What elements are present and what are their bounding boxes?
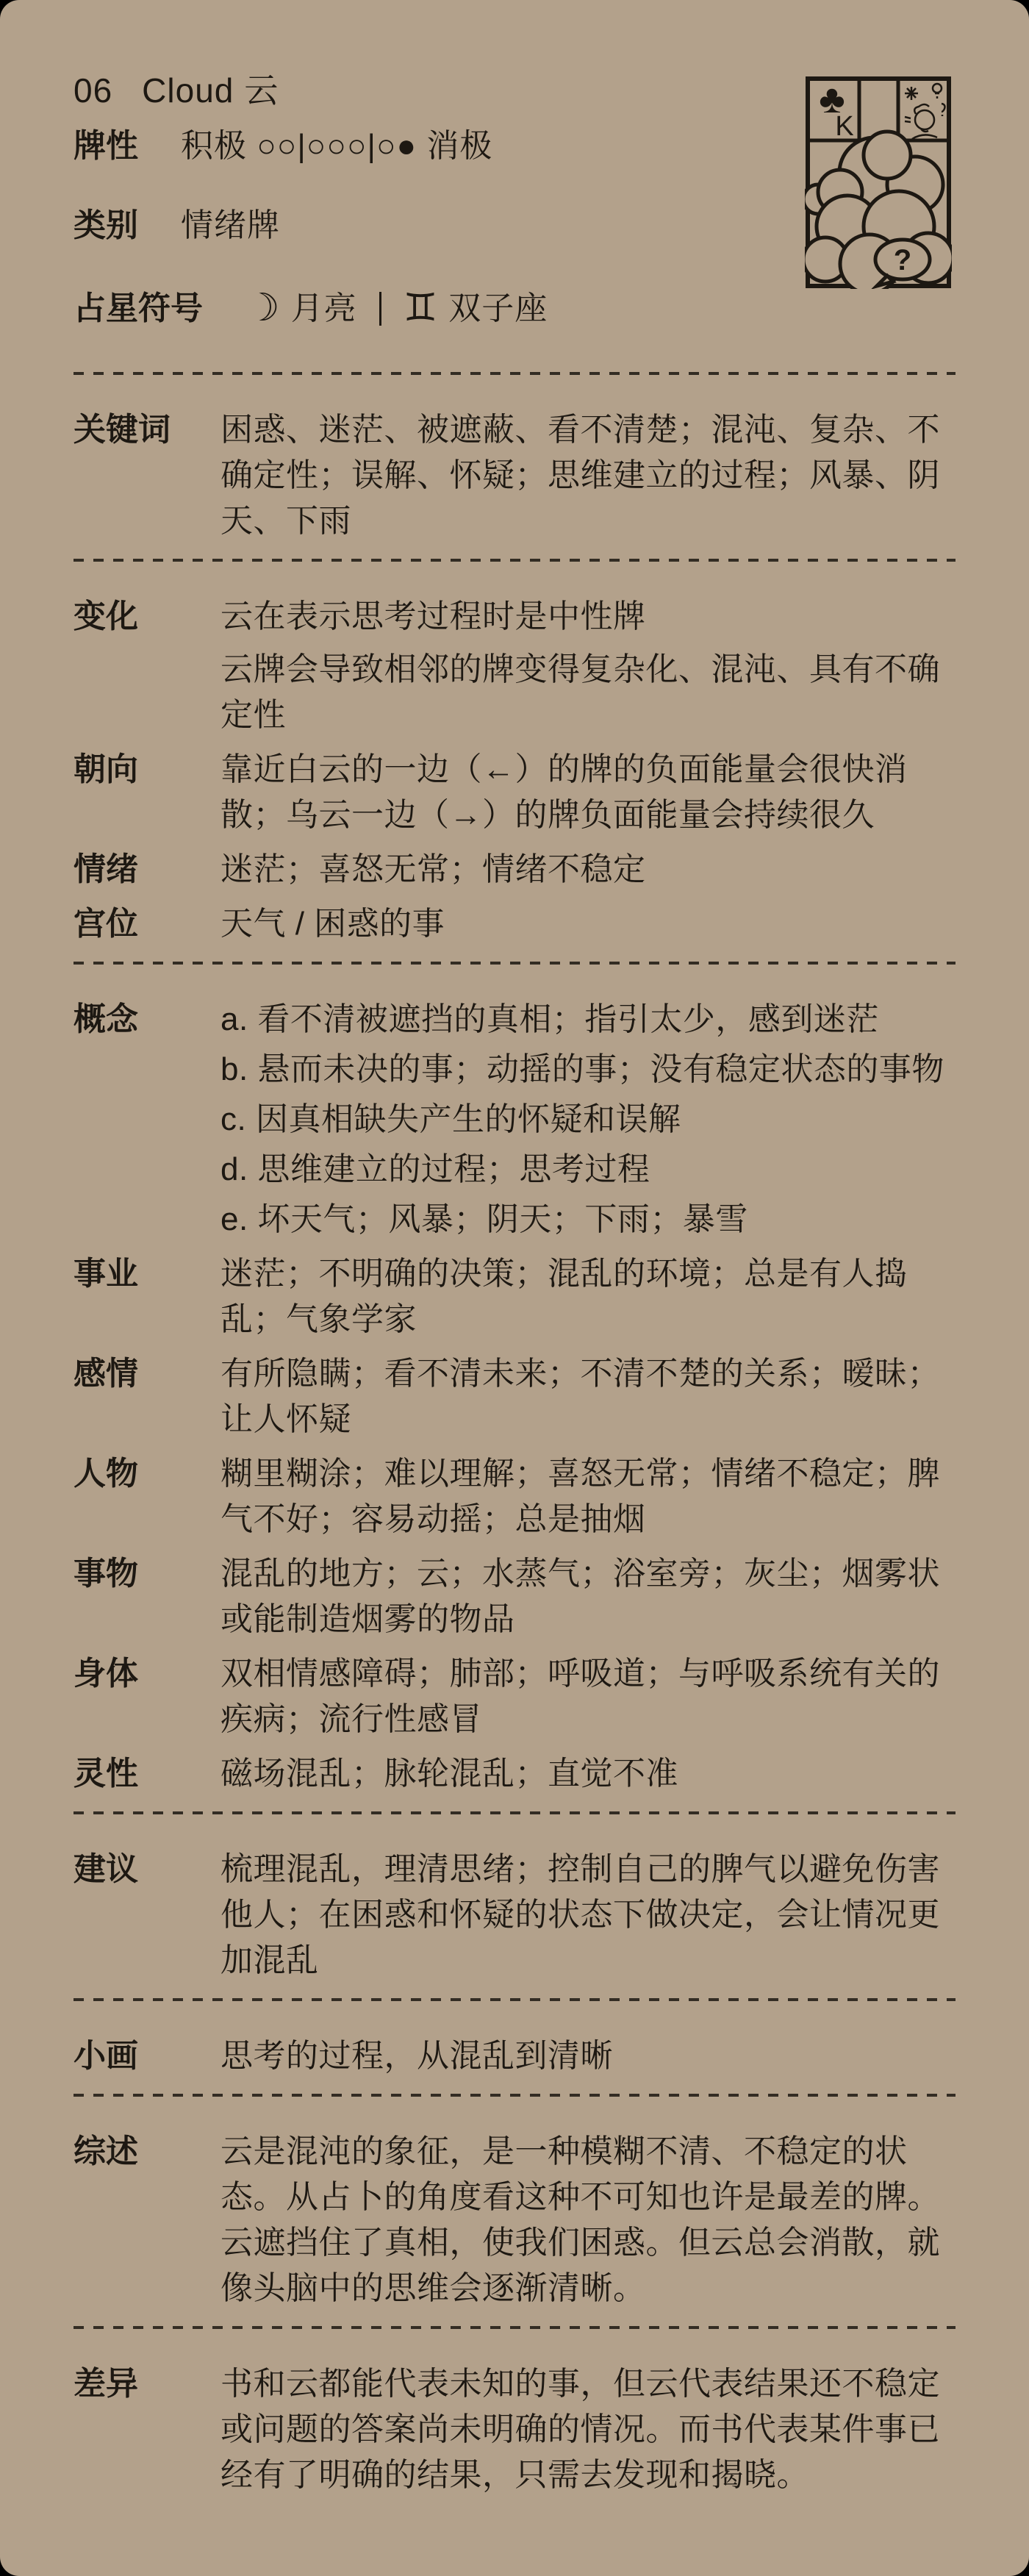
section-career: 事业 迷茫；不明确的决策；混乱的环境；总是有人捣乱；气象学家	[73, 1251, 955, 1342]
concept-item-c: c. 因真相缺失产生的怀疑和误解	[220, 1097, 955, 1142]
concept-item-e: e. 坏天气；风暴；阴天；下雨；暴雪	[220, 1197, 955, 1242]
section-text: 困惑、迷茫、被遮蔽、看不清楚；混沌、复杂、不确定性；误解、怀疑；思维建立的过程；…	[220, 407, 955, 544]
card-name-zh: 云	[244, 71, 279, 110]
change-paragraph-2: 云牌会导致相邻的牌变得复杂化、混沌、具有不确定性	[220, 647, 955, 738]
section-label: 宫位	[73, 901, 220, 947]
category-value: 情绪牌	[181, 207, 280, 245]
section-text: 糊里糊涂；难以理解；喜怒无常；情绪不稳定；脾气不好；容易动摇；总是抽烟	[220, 1451, 955, 1542]
dashed-divider	[73, 2094, 955, 2097]
section-emotion: 情绪 迷茫；喜怒无常；情绪不稳定	[73, 847, 955, 892]
section-text: 靠近白云的一边（←）的牌的负面能量会很快消散；乌云一边（→）的牌负面能量会持续很…	[220, 747, 955, 838]
section-small-picture: 小画 思考的过程，从混乱到清晰	[73, 2033, 955, 2079]
dashed-divider	[73, 962, 955, 965]
section-label: 关键词	[73, 407, 220, 544]
moon-icon: ☽	[245, 286, 281, 331]
section-concepts: 概念 a. 看不清被遮挡的真相；指引太少，感到迷茫 b. 悬而未决的事；动摇的事…	[73, 997, 955, 1242]
section-text: 云是混沌的象征，是一种模糊不清、不稳定的状态。从占卜的角度看这种不可知也许是最差…	[220, 2129, 955, 2311]
card-reference-page: 06Cloud云 牌性 积极 ○○|○○○|○● 消极 类别 情绪牌 占星符号 …	[0, 0, 1029, 2576]
section-label: 差异	[73, 2361, 220, 2498]
section-house: 宫位 天气 / 困惑的事	[73, 901, 955, 947]
change-paragraph-1: 云在表示思考过程时是中性牌	[220, 594, 955, 640]
section-label: 感情	[73, 1351, 220, 1442]
section-orientation: 朝向 靠近白云的一边（←）的牌的负面能量会很快消散；乌云一边（→）的牌负面能量会…	[73, 747, 955, 838]
vertical-separator	[379, 292, 381, 326]
section-label: 建议	[73, 1847, 220, 1983]
section-label: 综述	[73, 2129, 220, 2311]
astrology-value: ☽ 月亮 ♊ 双子座	[245, 286, 548, 331]
section-label: 事物	[73, 1551, 220, 1642]
section-text: 天气 / 困惑的事	[220, 901, 955, 947]
section-label: 事业	[73, 1251, 220, 1342]
section-text: 有所隐瞒；看不清未来；不清不楚的关系；暧昧；让人怀疑	[220, 1351, 955, 1442]
section-things: 事物 混乱的地方；云；水蒸气；浴室旁；灰尘；烟雾状或能制造烟雾的物品	[73, 1551, 955, 1642]
card-number: 06	[73, 71, 112, 110]
astrology-label: 占星符号	[73, 290, 203, 328]
nature-label: 牌性	[73, 127, 138, 165]
section-text: 书和云都能代表未知的事，但云代表结果还不稳定或问题的答案尚未明确的情况。而书代表…	[220, 2361, 955, 2498]
concept-list: a. 看不清被遮挡的真相；指引太少，感到迷茫 b. 悬而未决的事；动摇的事；没有…	[220, 997, 955, 1242]
dashed-divider	[73, 372, 955, 375]
section-label: 变化	[73, 594, 220, 738]
meta-row-astrology: 占星符号 ☽ 月亮 ♊ 双子座	[73, 286, 955, 331]
card-name-en: Cloud	[142, 71, 234, 110]
section-label: 身体	[73, 1651, 220, 1742]
section-label: 情绪	[73, 847, 220, 892]
bubble-question-mark: ?	[894, 244, 911, 276]
concept-item-d: d. 思维建立的过程；思考过程	[220, 1147, 955, 1192]
section-spirituality: 灵性 磁场混乱；脉轮混乱；直觉不准	[73, 1751, 955, 1797]
dashed-divider	[73, 2326, 955, 2329]
nature-value: 积极 ○○|○○○|○● 消极	[181, 127, 492, 165]
zodiac-label: 双子座	[448, 290, 548, 328]
gemini-icon: ♊	[404, 286, 439, 331]
card-illustration: ♣ K ?	[805, 76, 952, 289]
thinking-person-doodle	[905, 84, 945, 139]
section-text: 磁场混乱；脉轮混乱；直觉不准	[220, 1751, 955, 1797]
dashed-divider	[73, 559, 955, 562]
section-summary: 综述 云是混沌的象征，是一种模糊不清、不稳定的状态。从占卜的角度看这种不可知也许…	[73, 2129, 955, 2311]
section-text: 梳理混乱，理清思绪；控制自己的脾气以避免伤害他人；在困惑和怀疑的状态下做决定，会…	[220, 1847, 955, 1983]
section-text: 迷茫；不明确的决策；混乱的环境；总是有人捣乱；气象学家	[220, 1251, 955, 1342]
dashed-divider	[73, 1998, 955, 2001]
concept-item-b: b. 悬而未决的事；动摇的事；没有稳定状态的事物	[220, 1047, 955, 1092]
section-difference: 差异 书和云都能代表未知的事，但云代表结果还不稳定或问题的答案尚未明确的情况。而…	[73, 2361, 955, 2498]
section-text: 混乱的地方；云；水蒸气；浴室旁；灰尘；烟雾状或能制造烟雾的物品	[220, 1551, 955, 1642]
card-rank: K	[835, 111, 853, 142]
section-people: 人物 糊里糊涂；难以理解；喜怒无常；情绪不稳定；脾气不好；容易动摇；总是抽烟	[73, 1451, 955, 1542]
section-text: 迷茫；喜怒无常；情绪不稳定	[220, 847, 955, 892]
section-love: 感情 有所隐瞒；看不清未来；不清不楚的关系；暧昧；让人怀疑	[73, 1351, 955, 1442]
section-change: 变化 云在表示思考过程时是中性牌 云牌会导致相邻的牌变得复杂化、混沌、具有不确定…	[73, 594, 955, 738]
section-label: 朝向	[73, 747, 220, 838]
concept-item-a: a. 看不清被遮挡的真相；指引太少，感到迷茫	[220, 997, 955, 1042]
section-advice: 建议 梳理混乱，理清思绪；控制自己的脾气以避免伤害他人；在困惑和怀疑的状态下做决…	[73, 1847, 955, 1983]
section-label: 人物	[73, 1451, 220, 1542]
section-text: 双相情感障碍；肺部；呼吸道；与呼吸系统有关的疾病；流行性感冒	[220, 1651, 955, 1742]
section-label: 概念	[73, 997, 220, 1242]
section-body: 身体 双相情感障碍；肺部；呼吸道；与呼吸系统有关的疾病；流行性感冒	[73, 1651, 955, 1742]
section-label: 小画	[73, 2033, 220, 2079]
section-text: 云在表示思考过程时是中性牌 云牌会导致相邻的牌变得复杂化、混沌、具有不确定性	[220, 594, 955, 738]
section-keywords: 关键词 困惑、迷茫、被遮蔽、看不清楚；混沌、复杂、不确定性；误解、怀疑；思维建立…	[73, 407, 955, 544]
category-label: 类别	[73, 207, 138, 245]
dashed-divider	[73, 1811, 955, 1814]
moon-label: 月亮	[291, 290, 357, 328]
section-label: 灵性	[73, 1751, 220, 1797]
section-text: 思考的过程，从混乱到清晰	[220, 2033, 955, 2079]
